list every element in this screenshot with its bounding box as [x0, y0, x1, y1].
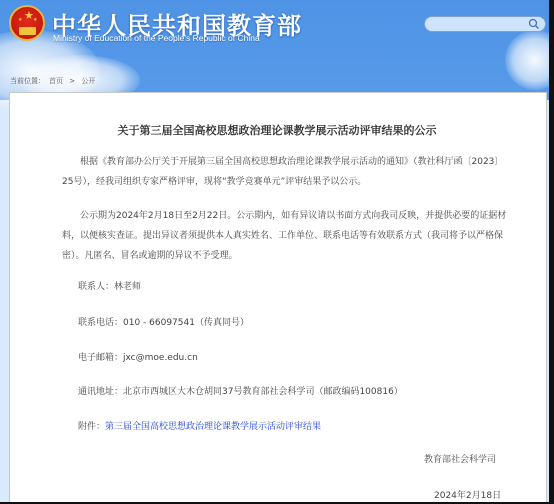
contact-phone: 联系电话：010 - 66097541（传真同号） [78, 315, 249, 328]
attachment-label: 附件： [78, 422, 105, 432]
site-subtitle: Ministry of Education of the People's Re… [53, 33, 260, 43]
breadcrumb-prefix: 当前位置： [10, 77, 45, 85]
paragraph-1-line-2: 25号），经我司组织专家严格评审，现将“教学竞赛单元”评审结果予以公示。 [62, 172, 536, 192]
search-icon[interactable] [528, 18, 540, 30]
contact-person: 联系人：林老师 [78, 279, 141, 292]
signature-org: 教育部社会科学司 [424, 452, 496, 465]
paragraph-2-line-1: 公示期为2024年2月18日至2月22日。公示期内，如有异议请以书面方式向我司反… [62, 206, 536, 226]
email-value: jxc@moe.edu.cn [123, 353, 198, 363]
email-label: 电子邮箱： [78, 353, 123, 363]
window-edge [549, 0, 554, 504]
paragraph-2-line-2: 料，以便核实查证。提出异议者须提供本人真实姓名、工作单位、联系电话等有效联系方式… [62, 226, 536, 246]
contact-email-row: 电子邮箱：jxc@moe.edu.cn [78, 350, 198, 363]
breadcrumb-separator: > [69, 77, 75, 85]
attachment-link[interactable]: 第三届全国高校思想政治理论课教学展示活动评审结果 [105, 422, 321, 432]
signature-date: 2024年2月18日 [434, 488, 501, 501]
breadcrumb-home[interactable]: 首页 [49, 77, 63, 85]
contact-address: 通讯地址：北京市西城区大木仓胡同37号教育部社会科学司（邮政编码100816） [78, 384, 403, 397]
paragraph-2-line-3: 密）。凡匿名、冒名或逾期的异议不予受理。 [62, 246, 536, 266]
search-input[interactable] [424, 16, 546, 32]
article-title: 关于第三届全国高校思想政治理论课教学展示活动评审结果的公示 [0, 122, 554, 138]
dandelion-decoration [505, 30, 549, 90]
national-emblem-icon[interactable]: ★ ★ ★ [9, 5, 45, 41]
breadcrumb-current[interactable]: 公开 [81, 77, 95, 85]
attachment-row: 附件：第三届全国高校思想政治理论课教学展示活动评审结果 [78, 419, 321, 432]
breadcrumb: 当前位置：首页 > 公开 [10, 76, 99, 86]
paragraph-1-line-1: 根据《教育部办公厅关于开展第三届全国高校思想政治理论课教学展示活动的通知》（教社… [62, 152, 536, 172]
